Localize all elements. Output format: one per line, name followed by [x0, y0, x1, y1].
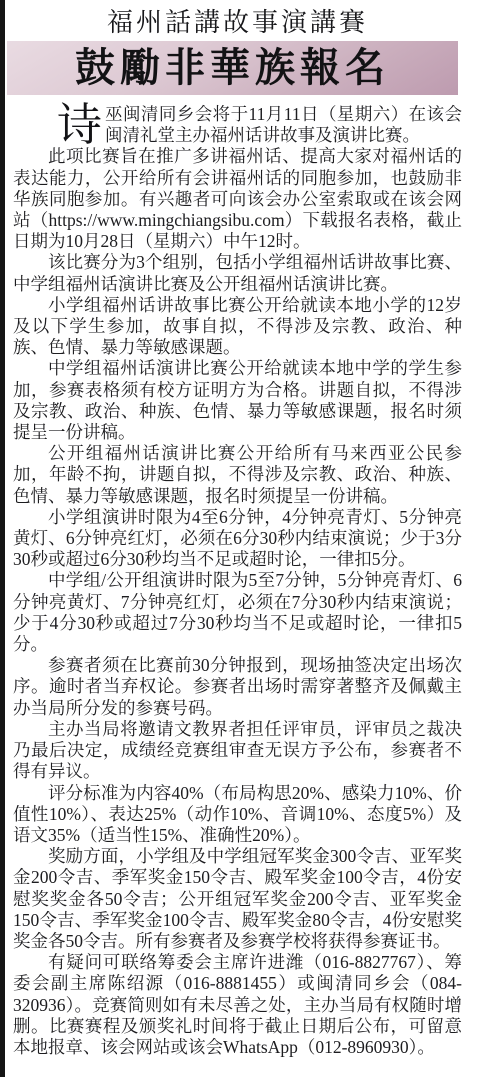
article-paragraph: 主办当局将邀请文教界者担任评审员，评审员之裁决乃最后决定，成绩经竞赛组审查无误方…	[13, 719, 462, 783]
article-paragraph: 公开组福州话演讲比赛公开给所有马来西亚公民参加，年龄不拘，讲题自拟，不得涉及宗教…	[13, 443, 462, 507]
article-paragraph: 参赛者须在比赛前30分钟报到，现场抽签决定出场次序。逾时者当弃权论。参赛者出场时…	[13, 655, 462, 719]
article-paragraph: 中学组福州话演讲比赛公开给就读本地中学的学生参加，参赛表格须有校方证明方为合格。…	[13, 358, 462, 443]
drop-cap: 诗	[57, 104, 105, 145]
article-paragraph: 评分标准为内容40%（布局构思20%、感染力10%、价值性10%）、表达25%（…	[13, 783, 462, 847]
article-body: 诗巫闽清同乡会将于11月11日（星期六）在该会闽清礼堂主办福州话讲故事及演讲比赛…	[13, 104, 462, 1058]
article-paragraph: 该比赛分为3个组别，包括小学组福州话讲故事比赛、中学组福州话演讲比赛及公开组福州…	[13, 252, 462, 294]
lead-paragraph: 诗巫闽清同乡会将于11月11日（星期六）在该会闽清礼堂主办福州话讲故事及演讲比赛…	[13, 104, 462, 146]
article-paragraph: 小学组演讲时限为4至6分钟，4分钟亮青灯、5分钟亮黄灯、6分钟亮红灯，必须在6分…	[13, 507, 462, 571]
headline-text: 鼓勵非華族報名	[75, 46, 390, 90]
headline-banner: 鼓勵非華族報名	[7, 41, 458, 95]
article-paragraph: 奖励方面，小学组及中学组冠军奖金300令吉、亚军奖金200令吉、季军奖金150令…	[13, 846, 462, 952]
scan-edge-bar	[0, 0, 5, 1077]
article-paragraph: 此项比赛旨在推广多讲福州话、提高大家对福州话的表达能力，公开给所有会讲福州话的同…	[13, 146, 462, 252]
lead-paragraph-text: 巫闽清同乡会将于11月11日（星期六）在该会闽清礼堂主办福州话讲故事及演讲比赛。	[105, 104, 462, 145]
article-paragraph: 有疑问可联络筹委会主席许进潍（016-8827767）、筹委会副主席陈绍源（01…	[13, 952, 462, 1058]
article-paragraph: 小学组福州话讲故事比赛公开给就读本地小学的12岁及以下学生参加，故事自拟，不得涉…	[13, 295, 462, 359]
article-paragraph: 中学组/公开组演讲时限为5至7分钟，5分钟亮青灯、6分钟亮黄灯、7分钟亮红灯，必…	[13, 570, 462, 655]
kicker-title: 福州話講故事演講賽	[13, 0, 462, 37]
newspaper-clipping: 福州話講故事演講賽 鼓勵非華族報名 诗巫闽清同乡会将于11月11日（星期六）在该…	[13, 0, 462, 1058]
